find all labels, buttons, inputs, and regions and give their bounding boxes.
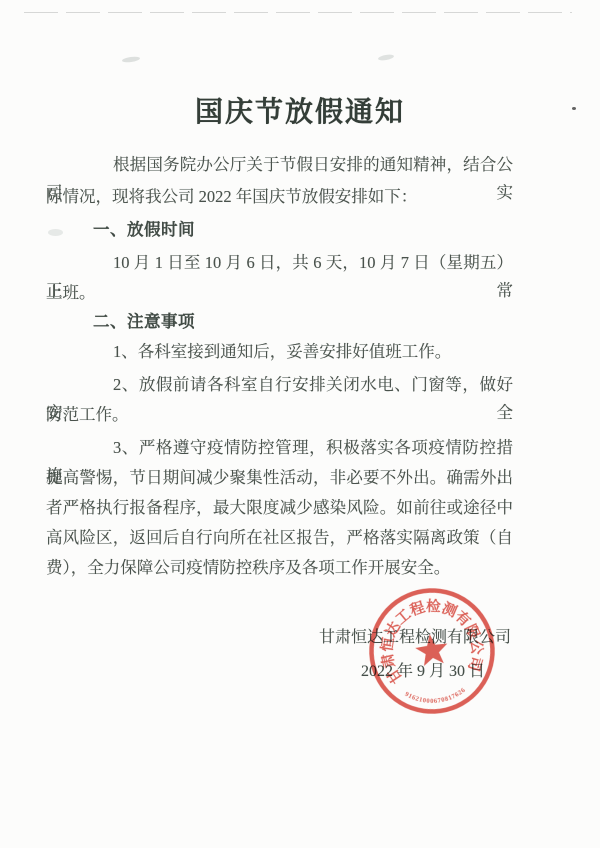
scan-smudge <box>122 56 141 63</box>
list-item-line: 1、各科室接到通知后，妥善安排好值班工作。 <box>46 338 513 366</box>
paragraph-line: 者严格执行报备程序，最大限度减少感染风险。如前往或途径中 <box>46 494 513 522</box>
paragraph-line: 提高警惕，节日期间减少聚集性活动，非必要不外出。确需外出 <box>46 464 513 492</box>
company-seal-stamp: 甘肃恒达工程检测有限公司 91621000670817626 <box>347 566 516 735</box>
paragraph-line: 上班。 <box>46 279 513 307</box>
section-heading-2: 二、注意事项 <box>46 308 513 336</box>
paragraph-line: 际情况，现将我公司 2022 年国庆节放假安排如下： <box>46 183 513 211</box>
notice-title: 国庆节放假通知 <box>0 90 600 130</box>
star-icon <box>414 632 450 667</box>
paragraph-line: 防范工作。 <box>46 401 513 429</box>
scanned-notice-page: 国庆节放假通知 根据国务院办公厅关于节假日安排的通知精神，结合公司实 际情况，现… <box>0 0 600 848</box>
paragraph-line: 高风险区，返回后自行向所在社区报告，严格落实隔离政策（自 <box>46 524 513 552</box>
section-heading-1: 一、放假时间 <box>46 216 513 244</box>
scan-smudge <box>378 54 395 62</box>
scanner-streak-artifact <box>24 12 572 13</box>
